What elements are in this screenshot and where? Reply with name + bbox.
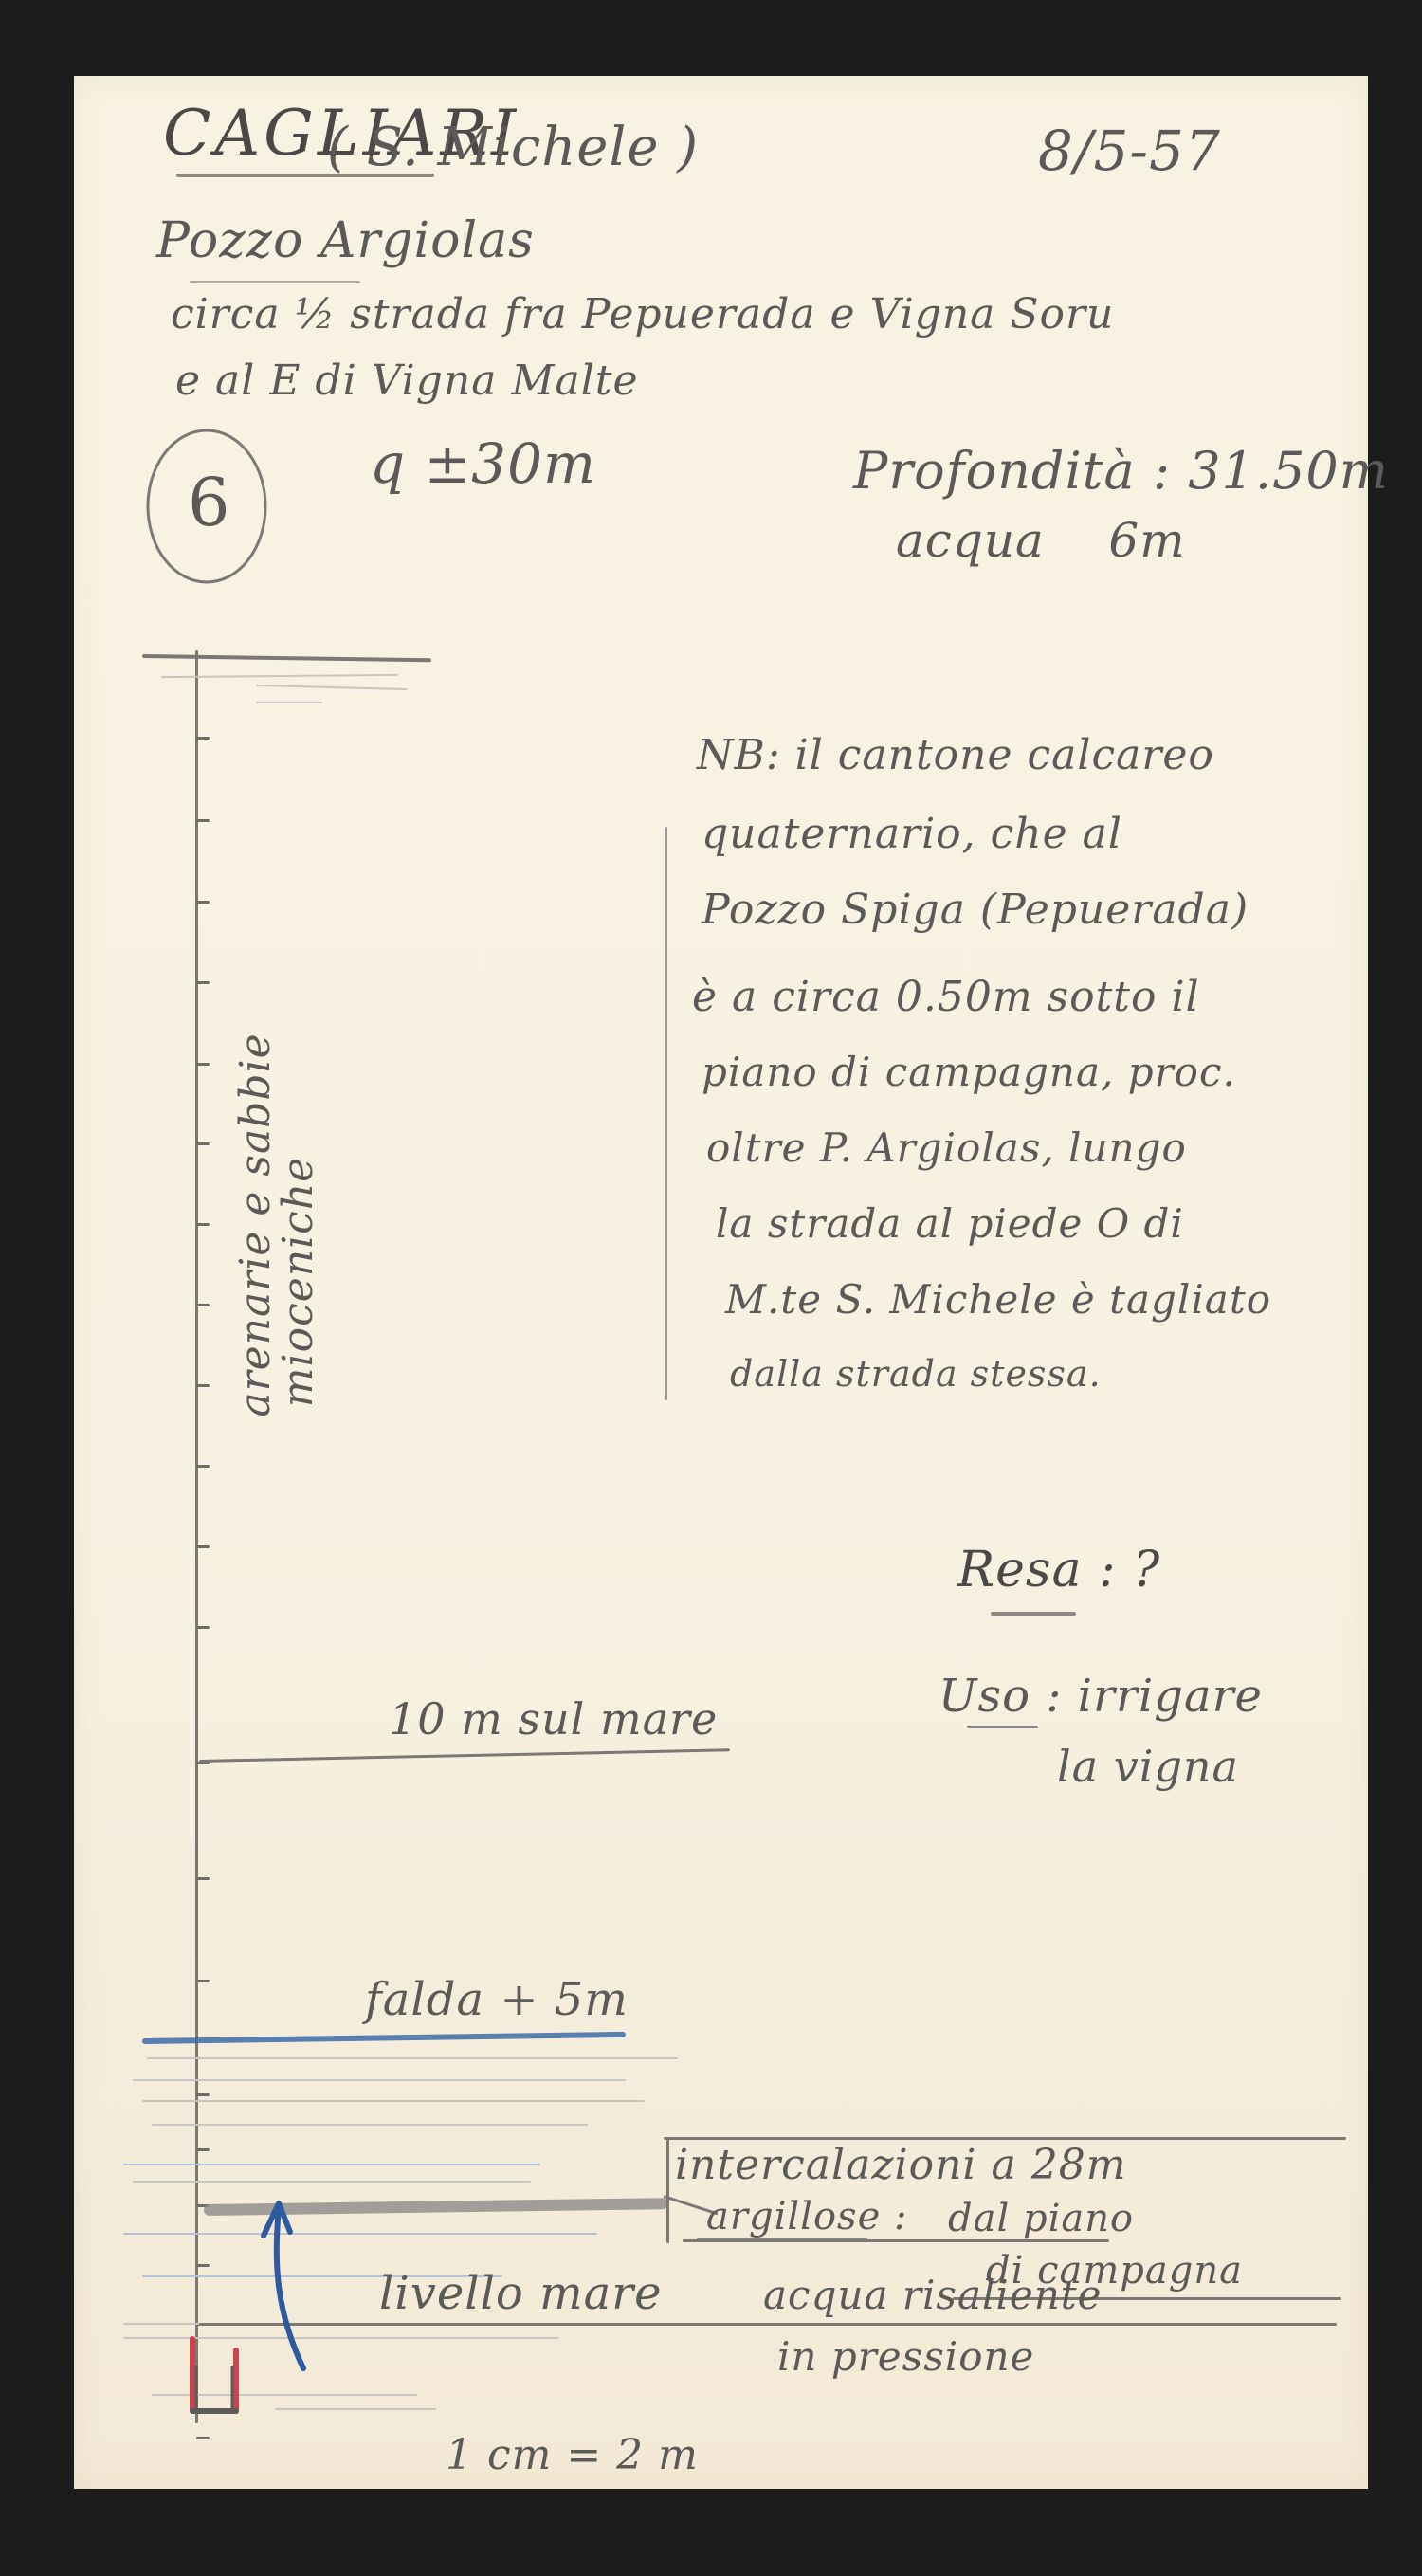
depth-tick	[196, 1980, 210, 1982]
depth-tick	[196, 1142, 210, 1145]
note-line-2: quaternario, che al	[702, 813, 1122, 855]
depth-tick	[196, 1626, 210, 1629]
dal-piano-label: dal piano	[948, 2200, 1134, 2238]
note-line-3: Pozzo Spiga (Pepuerada)	[702, 889, 1249, 931]
depth-tick	[196, 1545, 210, 1548]
intercalations-label: intercalazioni a 28m	[675, 2145, 1126, 2186]
lithology-label-2: mioceniche	[278, 1054, 319, 1509]
depth-tick	[196, 981, 210, 984]
ground-hatch	[256, 702, 322, 703]
depth-tick	[196, 737, 210, 740]
depth-axis	[195, 650, 198, 2423]
intercalation-box-top	[664, 2137, 1346, 2140]
rising-water-arrow-icon	[265, 2200, 341, 2389]
intercalation-box-left	[666, 2139, 669, 2243]
pressure-label: in pressione	[777, 2337, 1034, 2377]
level-10m-label: 10 m sul mare	[389, 1697, 718, 1741]
well-elevation: q ±30m	[370, 436, 596, 491]
use-label: Uso : irrigare	[939, 1673, 1263, 1719]
depth-tick	[196, 2264, 210, 2267]
depth-tick	[196, 1877, 210, 1880]
well-casing-icon	[185, 2337, 251, 2432]
aquifer-hatch	[147, 2057, 678, 2059]
use-value: la vigna	[1057, 1745, 1239, 1788]
intercalations-clay-label: argillose :	[706, 2198, 907, 2236]
water-depth: acqua 6m	[896, 517, 1186, 564]
water-table-label: falda + 5m	[365, 1977, 629, 2022]
well-number: 6	[188, 469, 231, 536]
depth-tick	[196, 819, 210, 822]
well-name: Pozzo Argiolas	[156, 216, 535, 265]
aquifer-hatch	[123, 2233, 597, 2235]
sublocation: ( S. Michele )	[327, 121, 699, 174]
well-name-underline	[190, 281, 360, 283]
clay-label-underline	[697, 2238, 867, 2240]
aquifer-hatch	[123, 2164, 540, 2165]
depth-tick	[196, 1223, 210, 1226]
position-line-2: e al E di Vigna Malte	[175, 360, 639, 402]
yield-underline	[991, 1612, 1076, 1616]
rising-water-label: acqua risaliente	[763, 2275, 1103, 2315]
aquifer-hatch	[133, 2181, 531, 2183]
depth-tick	[196, 1304, 210, 1306]
aquifer-hatch	[142, 2100, 645, 2102]
note-line-8: M.te S. Michele è tagliato	[725, 1280, 1271, 1320]
use-underline	[967, 1726, 1038, 1728]
position-line-1: circa ½ strada fra Pepuerada e Vigna Sor…	[171, 294, 1114, 336]
depth-tick	[196, 1465, 210, 1468]
depth-tick	[196, 2148, 210, 2151]
note-line-9: dalla strada stessa.	[730, 1356, 1102, 1392]
scale-label: 1 cm = 2 m	[446, 2435, 699, 2476]
aquifer-hatch	[133, 2079, 626, 2081]
sea-level-line	[199, 2323, 1337, 2326]
well-depth: Profondità : 31.50m	[853, 446, 1389, 497]
depth-tick	[196, 901, 210, 904]
note-line-5: piano di campagna, proc.	[702, 1052, 1236, 1092]
note-line-7: la strada al piede O di	[716, 1204, 1184, 1244]
record-date: 8/5-57	[1038, 123, 1221, 178]
note-line-4: è a circa 0.50m sotto il	[692, 977, 1200, 1018]
depth-tick	[196, 1384, 210, 1387]
depth-tick	[196, 2437, 210, 2439]
aquifer-hatch	[152, 2124, 588, 2126]
yield-label: Resa : ?	[957, 1545, 1160, 1595]
sea-level-label: livello mare	[379, 2271, 663, 2316]
depth-tick	[196, 1063, 210, 1066]
notes-divider	[665, 827, 667, 1400]
note-line-6: oltre P. Argiolas, lungo	[706, 1128, 1187, 1168]
depth-tick	[196, 2093, 210, 2096]
note-line-1: NB: il cantone calcareo	[697, 735, 1214, 776]
lithology-label-1: arenarie e sabbie	[235, 959, 277, 1490]
aquifer-hatch	[275, 2408, 436, 2410]
